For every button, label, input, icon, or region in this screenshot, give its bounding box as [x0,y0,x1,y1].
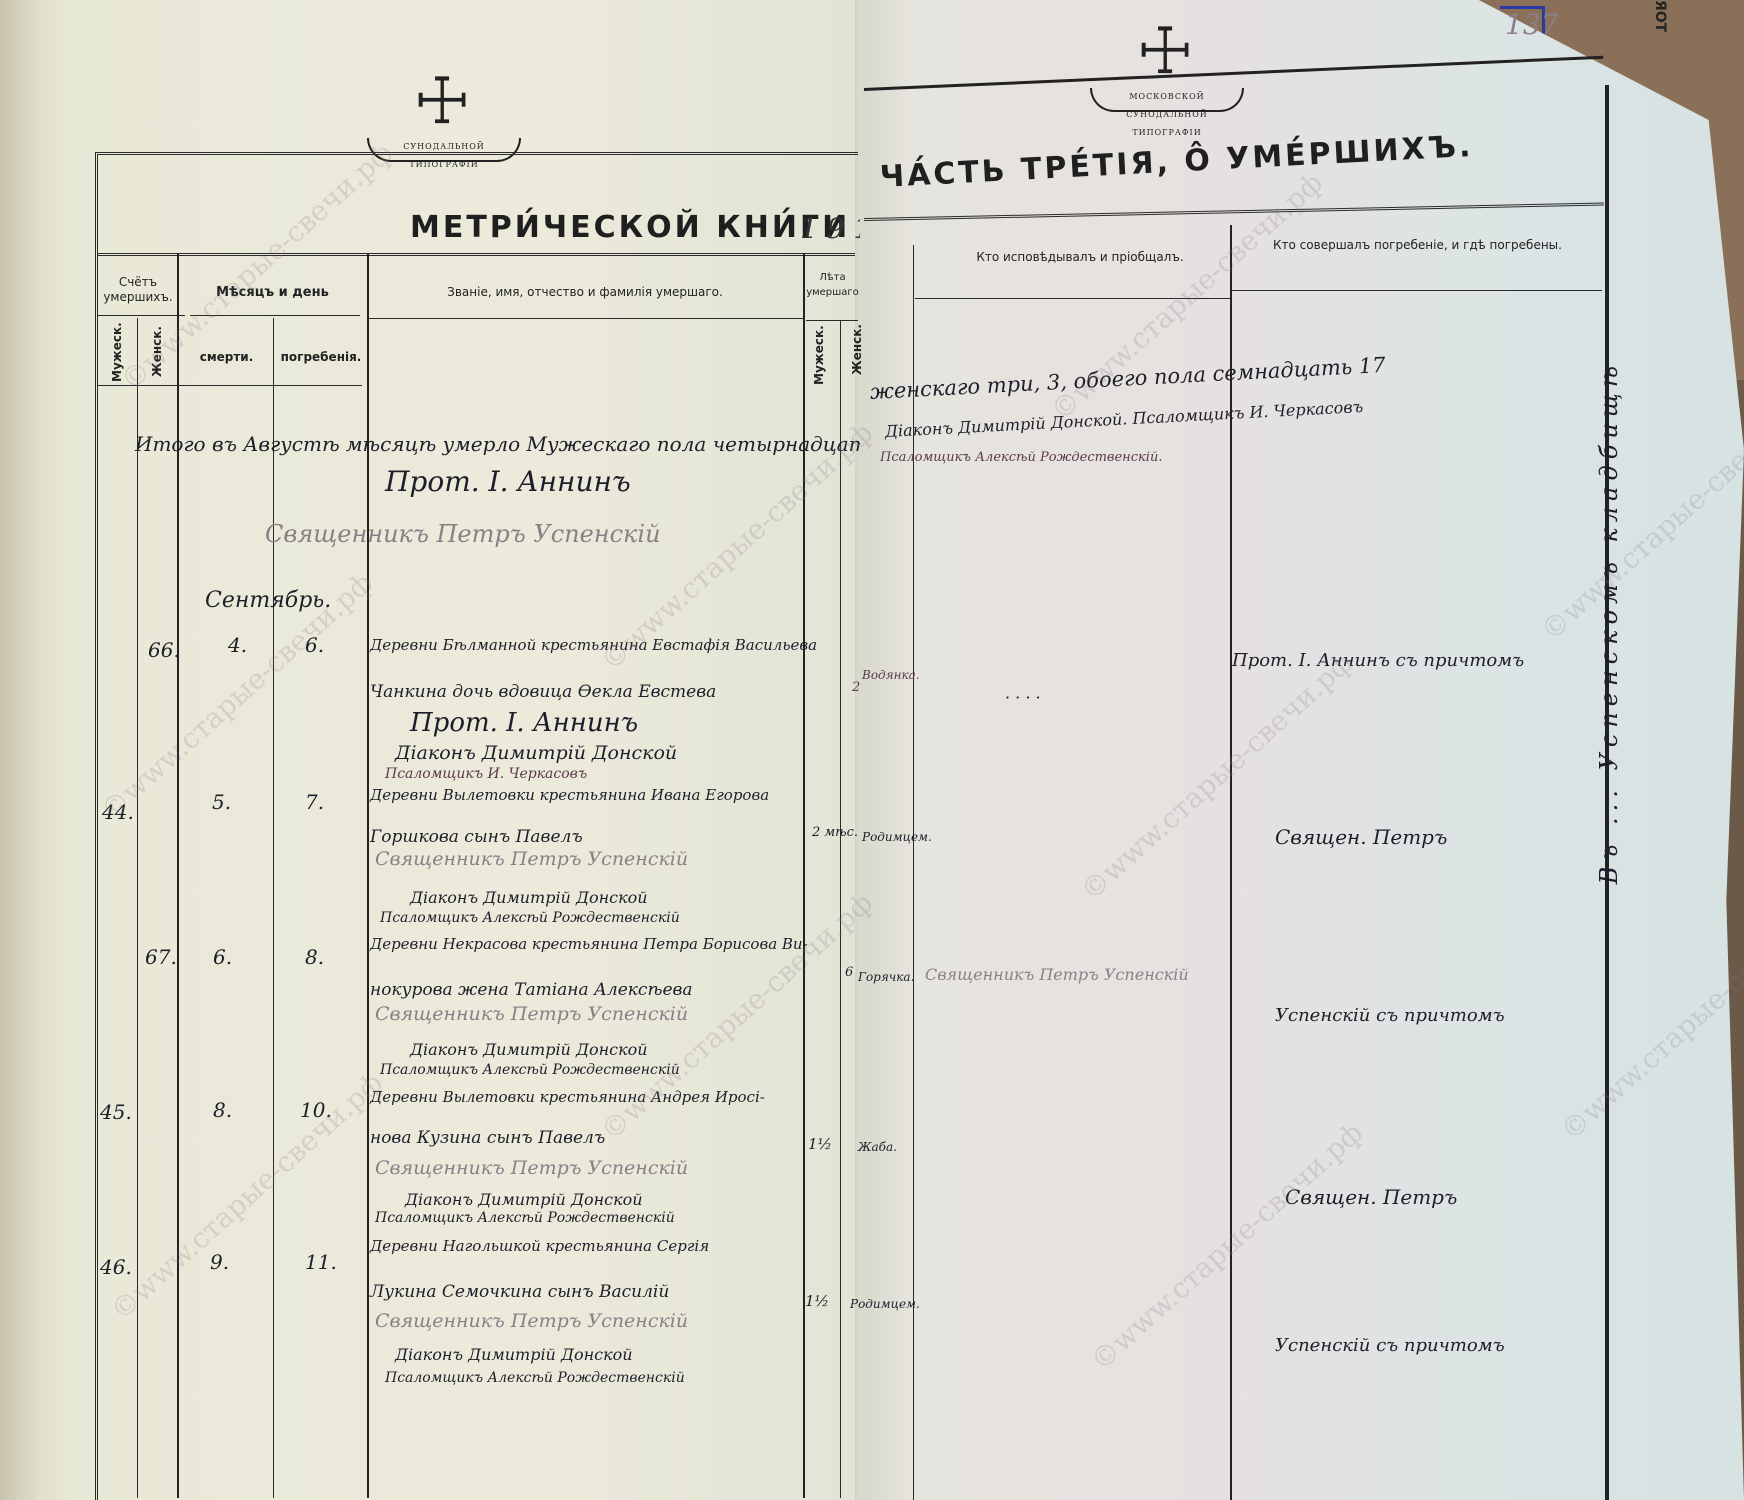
column-divider [273,318,274,1498]
record-cause: Родимцем. [862,830,932,844]
record-age: 2 мѣс. [812,825,858,840]
record-burial-by: Священ. Петръ [1285,1185,1457,1209]
record-signature-1: Священникъ Петръ Успенскій [375,1003,688,1025]
month-label: Сентябрь. [205,588,331,613]
record-male-count: 46. [100,1255,132,1279]
record-burial-day: 7. [305,790,324,814]
record-death-day: 4. [228,633,247,657]
header-rule [190,315,360,316]
record-signature-1: Прот. І. Аннинъ [410,708,638,738]
record-death-day: 9. [210,1250,229,1274]
record-burial-by: Успенскій съ причтомъ [1275,1335,1505,1356]
record-signature-2: Діаконъ Димитрій Донской [395,742,677,764]
header-age: Лѣта умершаго [805,270,860,300]
summary-continuation-3: Псаломщикъ Алексѣй Рождественскій. [880,450,1162,465]
header-burial-by: Кто совершалъ погребеніе, и гдѣ погребен… [1235,238,1600,253]
record-signature-3: Псаломщикъ Алексѣй Рождественскій [380,1062,680,1078]
header-burial-date: погребенія. [275,350,367,365]
record-signature-2: Діаконъ Димитрій Донской [395,1345,633,1364]
header-month-day: Мѣсяцъ и день [180,285,365,300]
header-count: Счётъ умершихъ. [100,275,176,305]
record-name-line1: Деревни Нагольшкой крестьянина Сергія [370,1237,709,1255]
record-signature-1: Священникъ Петръ Успенскій [375,1157,688,1179]
summary-signature-priest: Прот. І. Аннинъ [385,465,631,498]
record-name-line1: Деревни Вылетовки крестьянина Андрея Иро… [370,1088,765,1106]
header-rule [1232,290,1602,291]
record-signature-2: Діаконъ Димитрій Донской [410,1040,648,1059]
record-signature-2: Діаконъ Димитрій Донской [410,888,648,907]
record-confessor: · · · · [1005,688,1041,707]
record-burial-by: Прот. І. Аннинъ съ причтомъ [1232,650,1524,671]
record-name-line1: Деревни Некрасова крестьянина Петра Бори… [370,935,808,953]
side-card-label: ЯОТ [1652,0,1668,32]
summary-signature-faint: Священникъ Петръ Успенскій [265,520,661,548]
record-burial-day: 10. [300,1098,332,1122]
record-name-line2: нокурова жена Татіана Алексѣева [370,980,693,1000]
record-age: 6 [845,965,853,980]
header-count-female: Женск. [150,322,165,382]
record-signature-1: Священникъ Петръ Успенскій [375,1310,688,1332]
record-signature-1: Священникъ Петръ Успенскій [375,848,688,870]
header-death-date: смерти. [180,350,273,365]
record-burial-day: 8. [305,945,324,969]
page-number: 137 [1505,8,1558,41]
record-cause: Родимцем. [850,1297,920,1311]
column-divider [840,320,841,1498]
header-age-male: Мужеск. [812,325,827,385]
record-death-day: 6. [213,945,232,969]
column-divider [137,318,138,1498]
record-male-count: 45. [100,1100,132,1124]
record-cause: Горячка. [858,970,914,984]
header-rule [368,318,803,319]
crest-ribbon: МОСКОВСКОЙ СУНОДАЛЬНОЙ ТИПОГРАФІИ [1090,88,1244,112]
imperial-eagle-crest-icon: ☩ СУНОДАЛЬНОЙ ТИПОГРАФІИ [387,62,497,152]
record-signature-3: Псаломщикъ Алексѣй Рождественскій [385,1370,685,1386]
header-rule [97,315,185,316]
record-male-count: 44. [102,800,134,824]
header-age-female: Женск. [850,320,865,380]
record-signature-3: Псаломщикъ Алексѣй Рождественскій [380,910,680,926]
record-signature-3: Псаломщикъ Алексѣй Рождественскій [375,1210,675,1226]
record-cause: Жаба. [858,1140,897,1154]
header-count-male: Мужеск. [110,322,125,382]
record-age: 2 [852,680,860,695]
record-burial-day: 6. [305,633,324,657]
header-rule [915,298,1230,299]
record-signature-3: Псаломщикъ И. Черкасовъ [385,766,587,782]
record-confessor: Священникъ Петръ Успенскій [925,965,1189,984]
imperial-eagle-crest-icon: ☩ МОСКОВСКОЙ СУНОДАЛЬНОЙ ТИПОГРАФІИ [1110,12,1220,102]
header-top-rule [97,253,855,256]
record-name-line2: Чанкина дочь вдовица Өекла Евстева [370,682,716,702]
record-female-count: 66. [148,638,180,662]
header-confessor: Кто исповѣдывалъ и пріобщалъ. [935,250,1225,265]
record-death-day: 8. [213,1098,232,1122]
record-age: 1½ [808,1135,832,1153]
record-burial-by: Успенскій съ причтомъ [1275,1005,1505,1026]
record-burial-by: Священ. Петръ [1275,825,1447,849]
record-name-line2: нова Кузина сынъ Павелъ [370,1128,605,1148]
record-name-line2: Лукина Семочкина сынъ Василій [370,1282,669,1302]
august-summary-text: Итого въ Августѣ мѣсяцѣ умерло Мужескаго… [135,432,879,456]
record-female-count: 67. [145,945,177,969]
record-name-line1: Деревни Вылетовки крестьянина Ивана Егор… [370,786,769,804]
record-death-day: 5. [212,790,231,814]
header-name: Званіе, имя, отчество и фамилія умершаго… [370,285,800,300]
record-cause: Водянка. [862,668,920,682]
record-name-line1: Деревни Бѣлманной крестьянина Евстафія В… [370,636,817,654]
page-edge [0,0,40,1500]
margin-note-cemetery: Въ ... Успенскомъ кладбищѣ [1595,360,1623,884]
record-name-line2: Горшкова сынъ Павелъ [370,827,583,847]
record-age: 1½ [805,1292,829,1310]
record-signature-2: Діаконъ Димитрій Донской [405,1190,643,1209]
record-burial-day: 11. [305,1250,337,1274]
